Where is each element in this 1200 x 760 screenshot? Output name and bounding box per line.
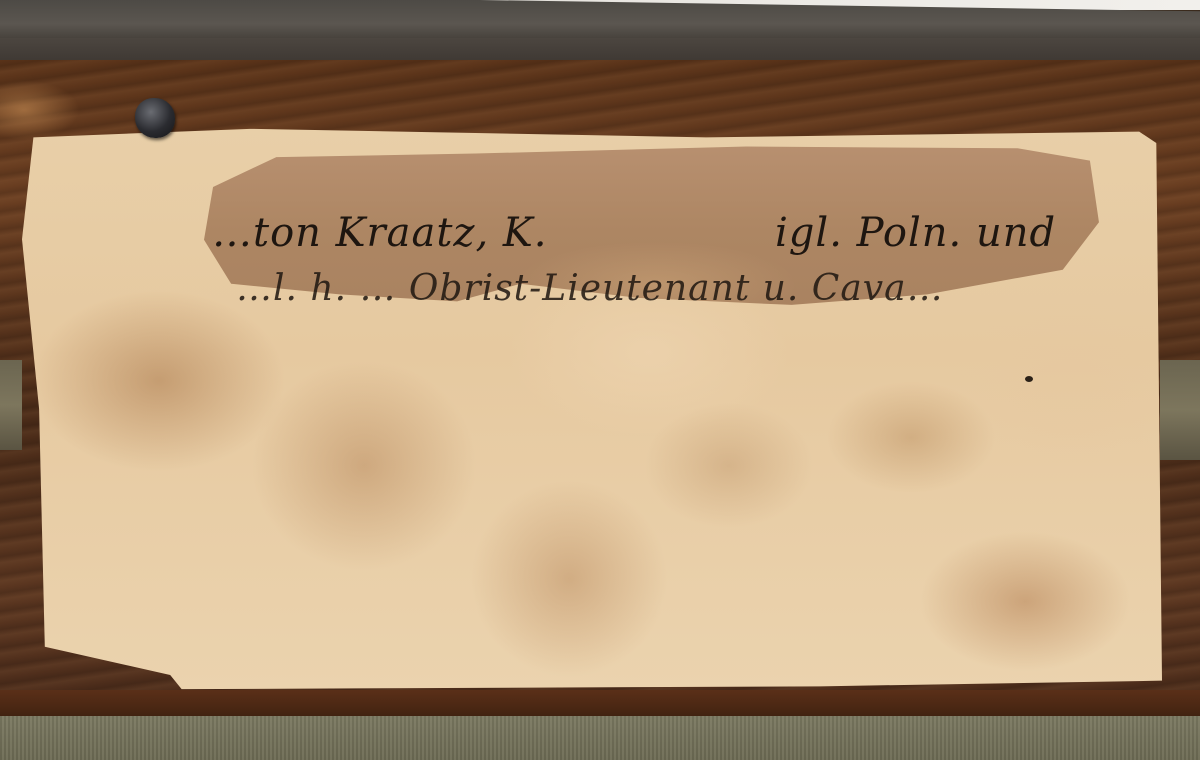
canvas-bottom-edge (0, 716, 1200, 760)
inscription-line-1-right: igl. Poln. und (775, 210, 1056, 256)
canvas-edge-right (1160, 360, 1200, 460)
inscription-line-2: …l. h. … Obrist-Lieutenant u. Cava… (236, 268, 944, 309)
pin-icon (135, 98, 175, 138)
inscription-line-1: …ton Kraatz, K. (212, 210, 548, 256)
ink-speck (1025, 376, 1033, 382)
photo-scene: …ton Kraatz, K. igl. Poln. und …l. h. … … (0, 0, 1200, 760)
canvas-edge-left (0, 360, 22, 450)
wood-worn-spot (0, 80, 80, 140)
